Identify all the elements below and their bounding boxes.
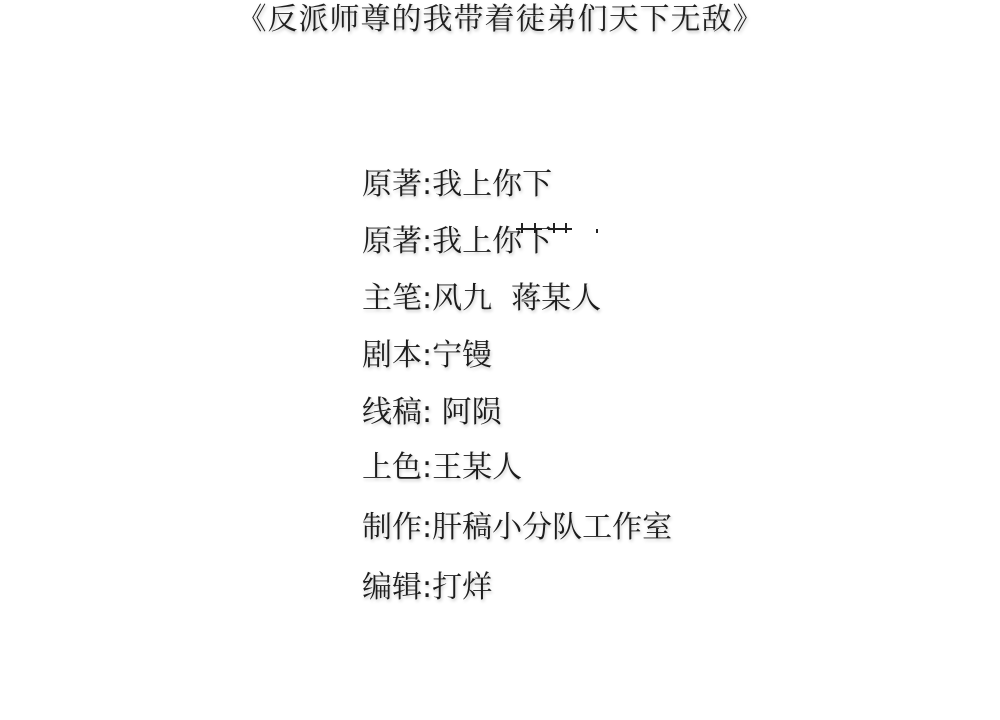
credit-editor: 编辑:打烊 <box>362 570 492 606</box>
credit-value: 肝稿小分队工作室 <box>432 510 672 545</box>
credit-label: 剧本 <box>362 338 422 373</box>
credit-value: 阿陨 <box>442 395 502 430</box>
credit-script: 剧本:宁镘 <box>362 338 492 374</box>
credit-separator: : <box>422 338 432 373</box>
credit-value: 王某人 <box>432 450 522 485</box>
credits-list: 原著:我上你下 原著:我上你下 主笔:风九 蒋某人 剧本:宁镘 线稿: 阿陨 上… <box>362 0 762 720</box>
credit-separator: : <box>422 281 432 316</box>
credit-separator: : <box>422 450 432 485</box>
credit-lead-artist: 主笔:风九 蒋某人 <box>362 281 601 317</box>
credit-label: 上色 <box>362 450 422 485</box>
credit-separator: : <box>422 167 432 202</box>
credit-value: 我上你下 <box>432 167 552 202</box>
credit-separator: : <box>422 570 432 605</box>
credit-value: 打烊 <box>432 570 492 605</box>
credit-value: 宁镘 <box>432 338 492 373</box>
credit-production: 制作:肝稿小分队工作室 <box>362 510 672 546</box>
credit-label: 制作 <box>362 510 422 545</box>
credit-label: 线稿 <box>362 395 422 430</box>
credit-label: 编辑 <box>362 570 422 605</box>
credit-coloring: 上色:王某人 <box>362 450 522 486</box>
credit-value: 风九 蒋某人 <box>432 281 601 316</box>
credit-original-author-duplicate: 原著:我上你下 <box>362 224 552 260</box>
credit-label: 主笔 <box>362 281 422 316</box>
credit-separator: : <box>422 395 442 430</box>
credit-original-author: 原著:我上你下 <box>362 167 552 203</box>
credit-label: 原著 <box>362 224 422 259</box>
credit-value: 我上你下 <box>432 224 552 259</box>
credit-lineart: 线稿: 阿陨 <box>362 395 502 431</box>
credit-separator: : <box>422 510 432 545</box>
credit-separator: : <box>422 224 432 259</box>
credit-label: 原著 <box>362 167 422 202</box>
